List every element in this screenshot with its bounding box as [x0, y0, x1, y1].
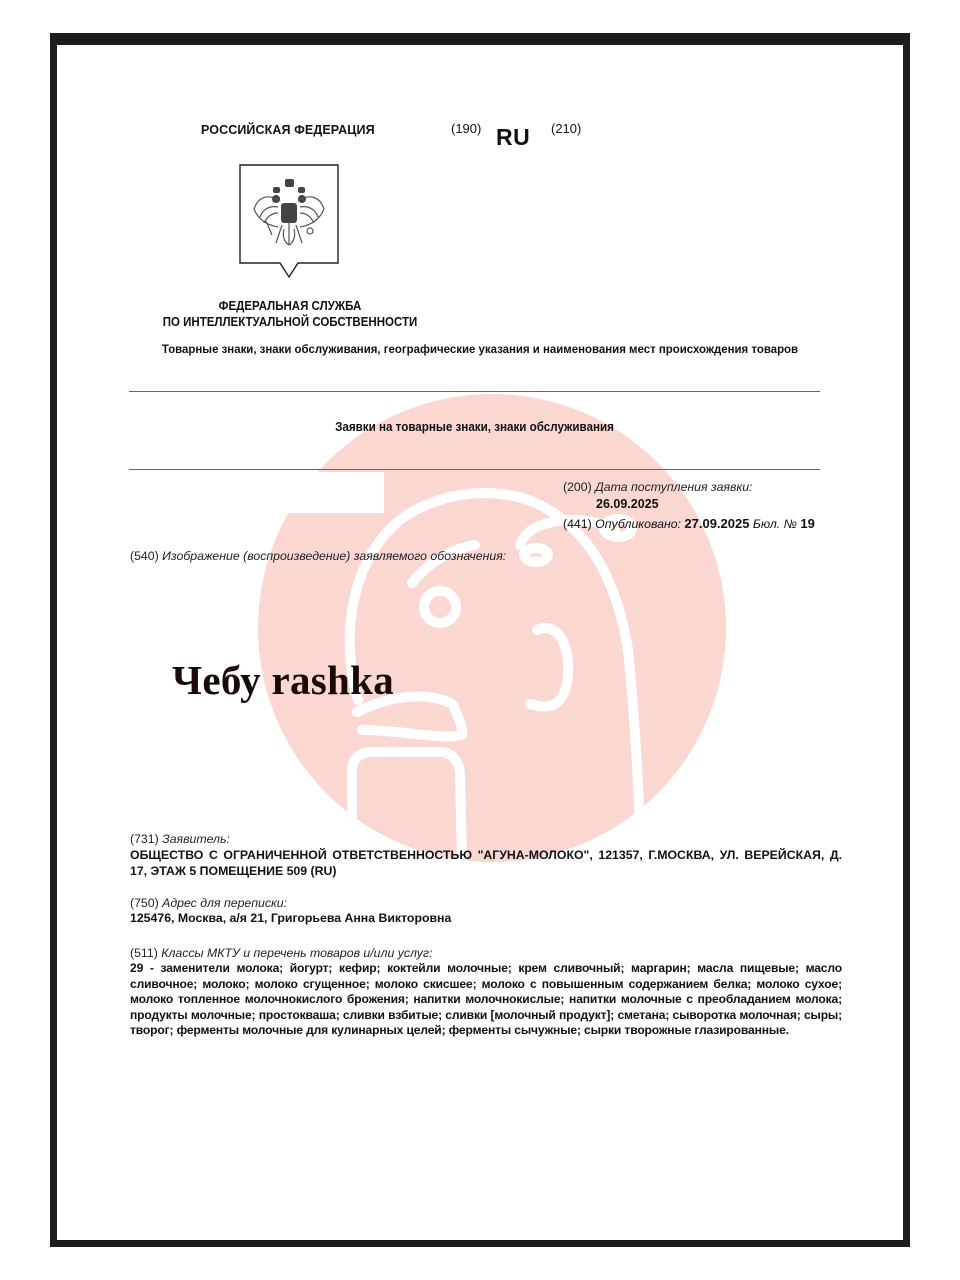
filing-date-value: 26.09.2025	[596, 497, 659, 511]
divider	[129, 391, 820, 392]
applicant-label: (731) Заявитель:	[130, 832, 230, 846]
correspondence-label: (750) Адрес для переписки:	[130, 896, 287, 910]
agency-name-line1: ФЕДЕРАЛЬНАЯ СЛУЖБА	[152, 298, 428, 314]
filing-date-code: (200)	[563, 480, 592, 494]
classes-code: (511)	[130, 946, 158, 960]
document-subtitle: Товарные знаки, знаки обслуживания, геог…	[127, 342, 834, 356]
trademark-wordmark: Чебу rashka	[172, 656, 394, 704]
country-code: RU	[496, 124, 530, 151]
russian-coat-of-arms-icon	[238, 163, 340, 281]
mark-image-label: (540) Изображение (воспроизведение) заяв…	[130, 549, 506, 563]
filing-date-label: (200) Дата поступления заявки:	[563, 480, 752, 494]
trademark-document: РОССИЙСКАЯ ФЕДЕРАЦИЯ (190) RU (210)	[0, 0, 960, 1280]
bulletin-label: Бюл. №	[753, 517, 797, 531]
section-title: Заявки на товарные знаки, знаки обслужив…	[153, 420, 796, 434]
applicant-caption: Заявитель:	[162, 832, 230, 846]
agency-name-line2: ПО ИНТЕЛЛЕКТУАЛЬНОЙ СОБСТВЕННОСТИ	[152, 314, 428, 330]
country-name: РОССИЙСКАЯ ФЕДЕРАЦИЯ	[201, 123, 375, 137]
code-210: (210)	[551, 121, 581, 136]
applicant-code: (731)	[130, 832, 159, 846]
correspondence-value: 125476, Москва, а/я 21, Григорьева Анна …	[130, 911, 451, 925]
correspondence-caption: Адрес для переписки:	[162, 896, 287, 910]
divider	[129, 469, 820, 470]
classes-label: (511) Классы МКТУ и перечень товаров и/и…	[130, 946, 432, 960]
agency-name: ФЕДЕРАЛЬНАЯ СЛУЖБА ПО ИНТЕЛЛЕКТУАЛЬНОЙ С…	[152, 298, 428, 330]
code-190: (190)	[451, 121, 481, 136]
classes-value: 29 - заменители молока; йогурт; кефир; к…	[130, 961, 842, 1039]
bulletin-number: 19	[800, 516, 814, 531]
published-label: Опубликовано:	[595, 517, 681, 531]
published-line: (441) Опубликовано: 27.09.2025 Бюл. № 19	[563, 516, 815, 531]
filing-date-caption: Дата поступления заявки:	[595, 480, 752, 494]
classes-caption: Классы МКТУ и перечень товаров и/или усл…	[161, 946, 432, 960]
published-code: (441)	[563, 517, 592, 531]
published-date: 27.09.2025	[684, 516, 749, 531]
mark-image-caption: Изображение (воспроизведение) заявляемог…	[162, 549, 506, 563]
correspondence-code: (750)	[130, 896, 159, 910]
mark-image-code: (540)	[130, 549, 159, 563]
applicant-value: ОБЩЕСТВО С ОГРАНИЧЕННОЙ ОТВЕТСТВЕННОСТЬЮ…	[130, 847, 842, 879]
